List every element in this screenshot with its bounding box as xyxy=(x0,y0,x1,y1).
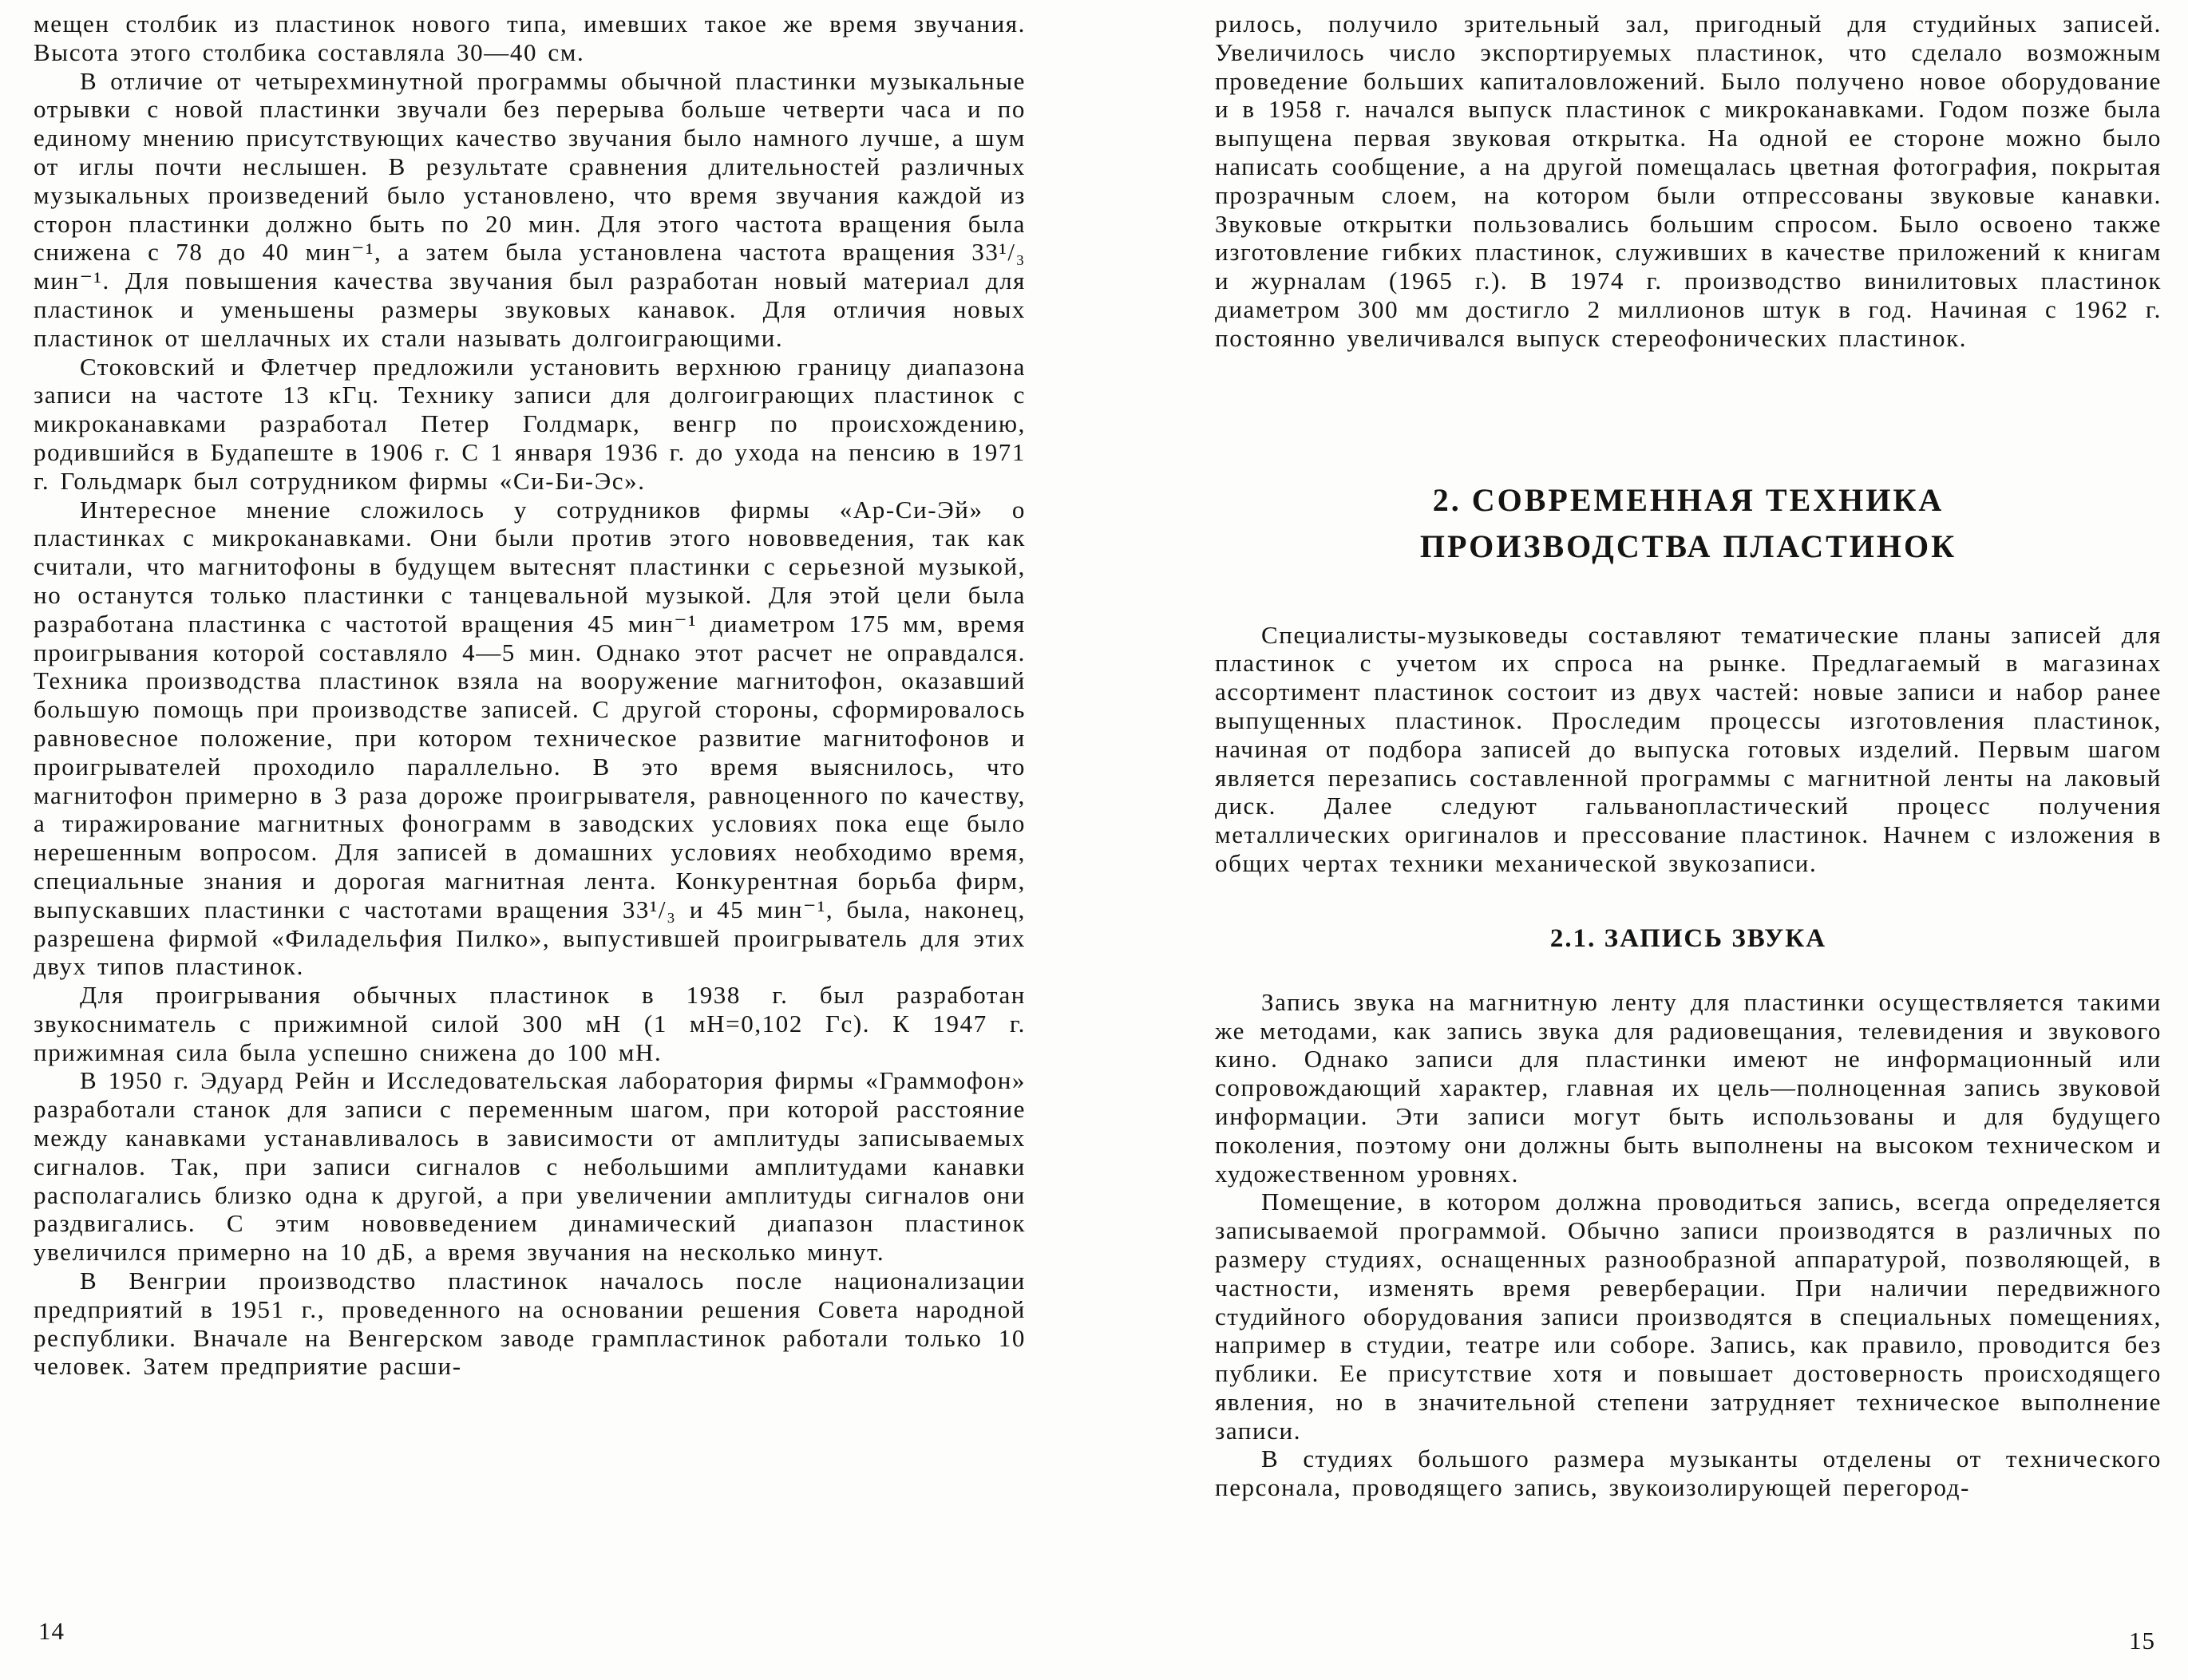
paragraph: В Венгрии производство пластинок началос… xyxy=(34,1267,1026,1381)
page-number-right: 15 xyxy=(1215,1627,2155,1655)
paragraph: Для проигрывания обычных пластинок в 193… xyxy=(34,981,1026,1066)
page-left: мещен столбик из пластинок нового типа, … xyxy=(34,10,1026,1381)
paragraph: мещен столбик из пластинок нового типа, … xyxy=(34,10,1026,67)
paragraph: В 1950 г. Эдуард Рейн и Исследовательска… xyxy=(34,1066,1026,1267)
book-spread: мещен столбик из пластинок нового типа, … xyxy=(0,0,2188,1680)
paragraph: Запись звука на магнитную ленту для плас… xyxy=(1215,988,2162,1188)
paragraph: В отличие от четырехминутной программы о… xyxy=(34,67,1026,353)
chapter-heading-line2: ПРОИЗВОДСТВА ПЛАСТИНОК xyxy=(1215,524,2162,570)
paragraph: Интересное мнение сложилось у сотруднико… xyxy=(34,496,1026,982)
chapter-heading: 2. СОВРЕМЕННАЯ ТЕХНИКА ПРОИЗВОДСТВА ПЛАС… xyxy=(1215,477,2162,570)
paragraph: Стоковский и Флетчер предложили установи… xyxy=(34,353,1026,496)
page-number-left: 14 xyxy=(38,1617,65,1646)
paragraph: рилось, получило зрительный зал, пригодн… xyxy=(1215,10,2162,353)
paragraph: Помещение, в котором должна проводиться … xyxy=(1215,1188,2162,1445)
paragraph: В студиях большого размера музыканты отд… xyxy=(1215,1445,2162,1502)
page-right: рилось, получило зрительный зал, пригодн… xyxy=(1215,10,2162,1502)
chapter-heading-line1: 2. СОВРЕМЕННАЯ ТЕХНИКА xyxy=(1215,477,2162,524)
section-heading: 2.1. ЗАПИСЬ ЗВУКА xyxy=(1215,923,2162,955)
paragraph: Специалисты-музыковеды составляют темати… xyxy=(1215,621,2162,878)
